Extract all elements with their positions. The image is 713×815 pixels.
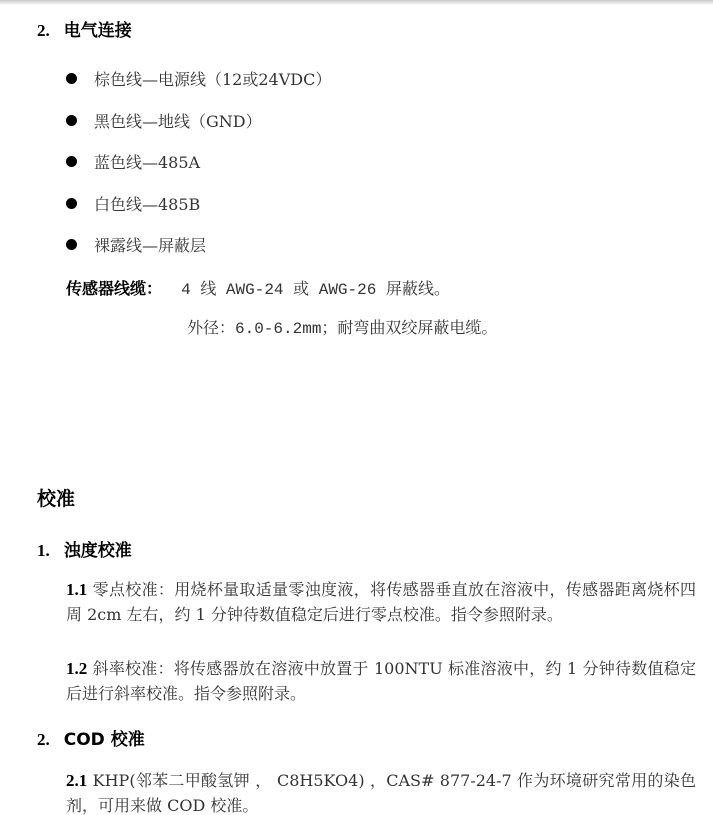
section-heading-electrical: 2.电气连接 — [37, 16, 132, 41]
subsection-title: 浊度校准 — [64, 541, 132, 561]
wire-label: 棕色线—电源线（12或24VDC） — [94, 70, 331, 89]
subsection-heading-cod: 2.COD 校准 — [37, 725, 145, 750]
calibration-step: 1.2 斜率校准：将传感器放在溶液中放置于 100NTU 标准溶液中，约 1 分… — [66, 656, 696, 706]
wire-label: 裸露线—屏蔽层 — [94, 236, 206, 255]
wire-label: 黑色线—地线（GND） — [94, 112, 262, 131]
section-title: 电气连接 — [64, 21, 132, 41]
list-item: 棕色线—电源线（12或24VDC） — [66, 67, 331, 90]
bullet-icon — [66, 73, 77, 84]
cable-spec-line2: 外径：6.0-6.2mm；耐弯曲双绞屏蔽电缆。 — [187, 317, 497, 342]
calibration-step: 1.1 零点校准：用烧杯量取适量零浊度液，将传感器垂直放在溶液中，传感器距离烧杯… — [66, 577, 696, 627]
step-number: 1.1 — [66, 580, 87, 599]
calibration-step: 2.1 KHP(邻苯二甲酸氢钾 ， C8H5KO4) ，CAS# 877-24-… — [66, 768, 696, 815]
step-text: 斜率校准：将传感器放在溶液中放置于 100NTU 标准溶液中，约 1 分钟待数值… — [66, 659, 696, 703]
section-number: 2. — [37, 21, 50, 40]
page-top-edge — [0, 0, 713, 5]
wire-label: 蓝色线—485A — [94, 153, 200, 172]
bullet-icon — [66, 115, 77, 126]
list-item: 蓝色线—485A — [66, 150, 200, 173]
bullet-icon — [66, 239, 77, 250]
list-item: 白色线—485B — [66, 192, 200, 215]
step-number: 1.2 — [66, 659, 87, 678]
step-text: 零点校准：用烧杯量取适量零浊度液，将传感器垂直放在溶液中，传感器距离烧杯四周 2… — [66, 580, 696, 624]
subsection-number: 1. — [37, 541, 50, 560]
cable-label: 传感器线缆： — [66, 279, 162, 298]
cable-spec-line1: 4 线 AWG-24 或 AWG-26 屏蔽线。 — [181, 281, 450, 299]
list-item: 裸露线—屏蔽层 — [66, 233, 206, 256]
subsection-heading-turbidity: 1.浊度校准 — [37, 536, 132, 561]
step-number: 2.1 — [66, 771, 87, 790]
subsection-title: COD 校准 — [64, 730, 145, 750]
bullet-icon — [66, 198, 77, 209]
step-text: KHP(邻苯二甲酸氢钾 ， C8H5KO4) ，CAS# 877-24-7 作为… — [66, 771, 696, 815]
wire-label: 白色线—485B — [94, 195, 200, 214]
page-section-title: 校准 — [37, 484, 75, 511]
list-item: 黑色线—地线（GND） — [66, 109, 262, 132]
bullet-icon — [66, 156, 77, 167]
subsection-number: 2. — [37, 730, 50, 749]
cable-spec: 传感器线缆： 4 线 AWG-24 或 AWG-26 屏蔽线。 — [66, 276, 450, 303]
